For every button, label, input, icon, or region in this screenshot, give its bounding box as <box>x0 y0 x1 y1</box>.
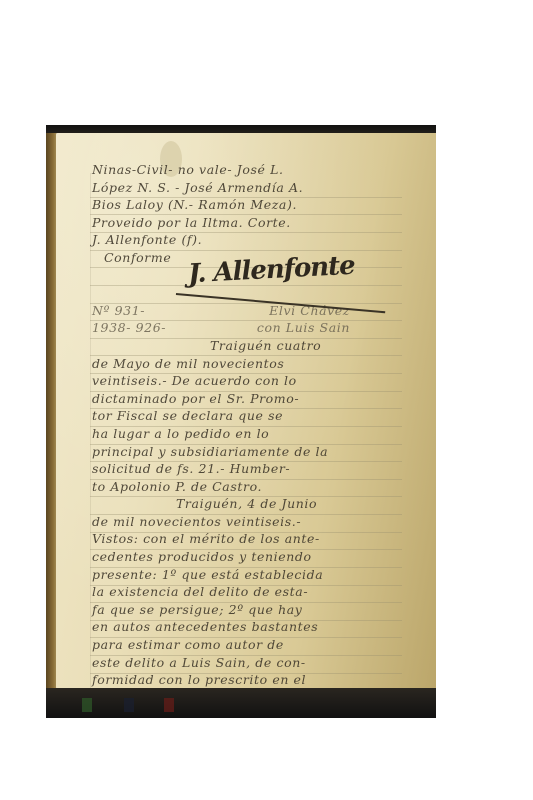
text-line: López N. S. - José Armendía A. <box>92 179 410 197</box>
text-line: to Apolonio P. de Castro. <box>92 478 410 496</box>
text-line: J. Allenfonte (f). <box>92 231 410 249</box>
color-tab <box>124 698 134 712</box>
text-line: este delito a Luis Sain, de con- <box>92 654 410 672</box>
text-line: ha lugar a lo pedido en lo <box>92 425 410 443</box>
text-line: tor Fiscal se declara que se <box>92 407 410 425</box>
text-line: para estimar como autor de <box>92 636 410 654</box>
text-line: la existencia del delito de esta- <box>92 583 410 601</box>
margin-note-year: 1938- 926- <box>92 319 166 337</box>
text-line: Vistos: con el mérito de los ante- <box>92 530 410 548</box>
text-line: de Mayo de mil novecientos <box>92 355 410 373</box>
text-line: Traiguén, 4 de Junio <box>92 495 410 513</box>
text-line: de mil novecientos veintiseis.- <box>92 513 410 531</box>
margin-note-number: Nº 931- <box>92 302 145 320</box>
case-header-line-2: 1938- 926- con Luis Sain <box>92 319 410 337</box>
text-line: presente: 1º que está establecida <box>92 566 410 584</box>
text-line: Bios Laloy (N.- Ramón Meza). <box>92 196 410 214</box>
color-tab <box>82 698 92 712</box>
text-line: principal y subsidiariamente de la <box>92 443 410 461</box>
text-line: solicitud de fs. 21.- Humber- <box>92 460 410 478</box>
bottom-frame-band <box>46 688 436 718</box>
text-line: cedentes producidos y teniendo <box>92 548 410 566</box>
text-line: formidad con lo prescrito en el <box>92 671 410 689</box>
handwritten-text: Ninas-Civil- no vale- José L. López N. S… <box>92 161 410 689</box>
text-line: veintiseis.- De acuerdo con lo <box>92 372 410 390</box>
text-line: Proveido por la Iltma. Corte. <box>92 214 410 232</box>
ledger-page: Ninas-Civil- no vale- José L. López N. S… <box>56 133 436 689</box>
text-line: Ninas-Civil- no vale- José L. <box>92 161 410 179</box>
text-line: Traiguén cuatro <box>92 337 410 355</box>
case-title-defendant: con Luis Sain <box>257 319 350 337</box>
text-line: en autos antecedentes bastantes <box>92 618 410 636</box>
document-photo: Ninas-Civil- no vale- José L. López N. S… <box>46 125 436 718</box>
color-tab <box>164 698 174 712</box>
text-line: dictaminado por el Sr. Promo- <box>92 390 410 408</box>
text-line: fa que se persigue; 2º que hay <box>92 601 410 619</box>
